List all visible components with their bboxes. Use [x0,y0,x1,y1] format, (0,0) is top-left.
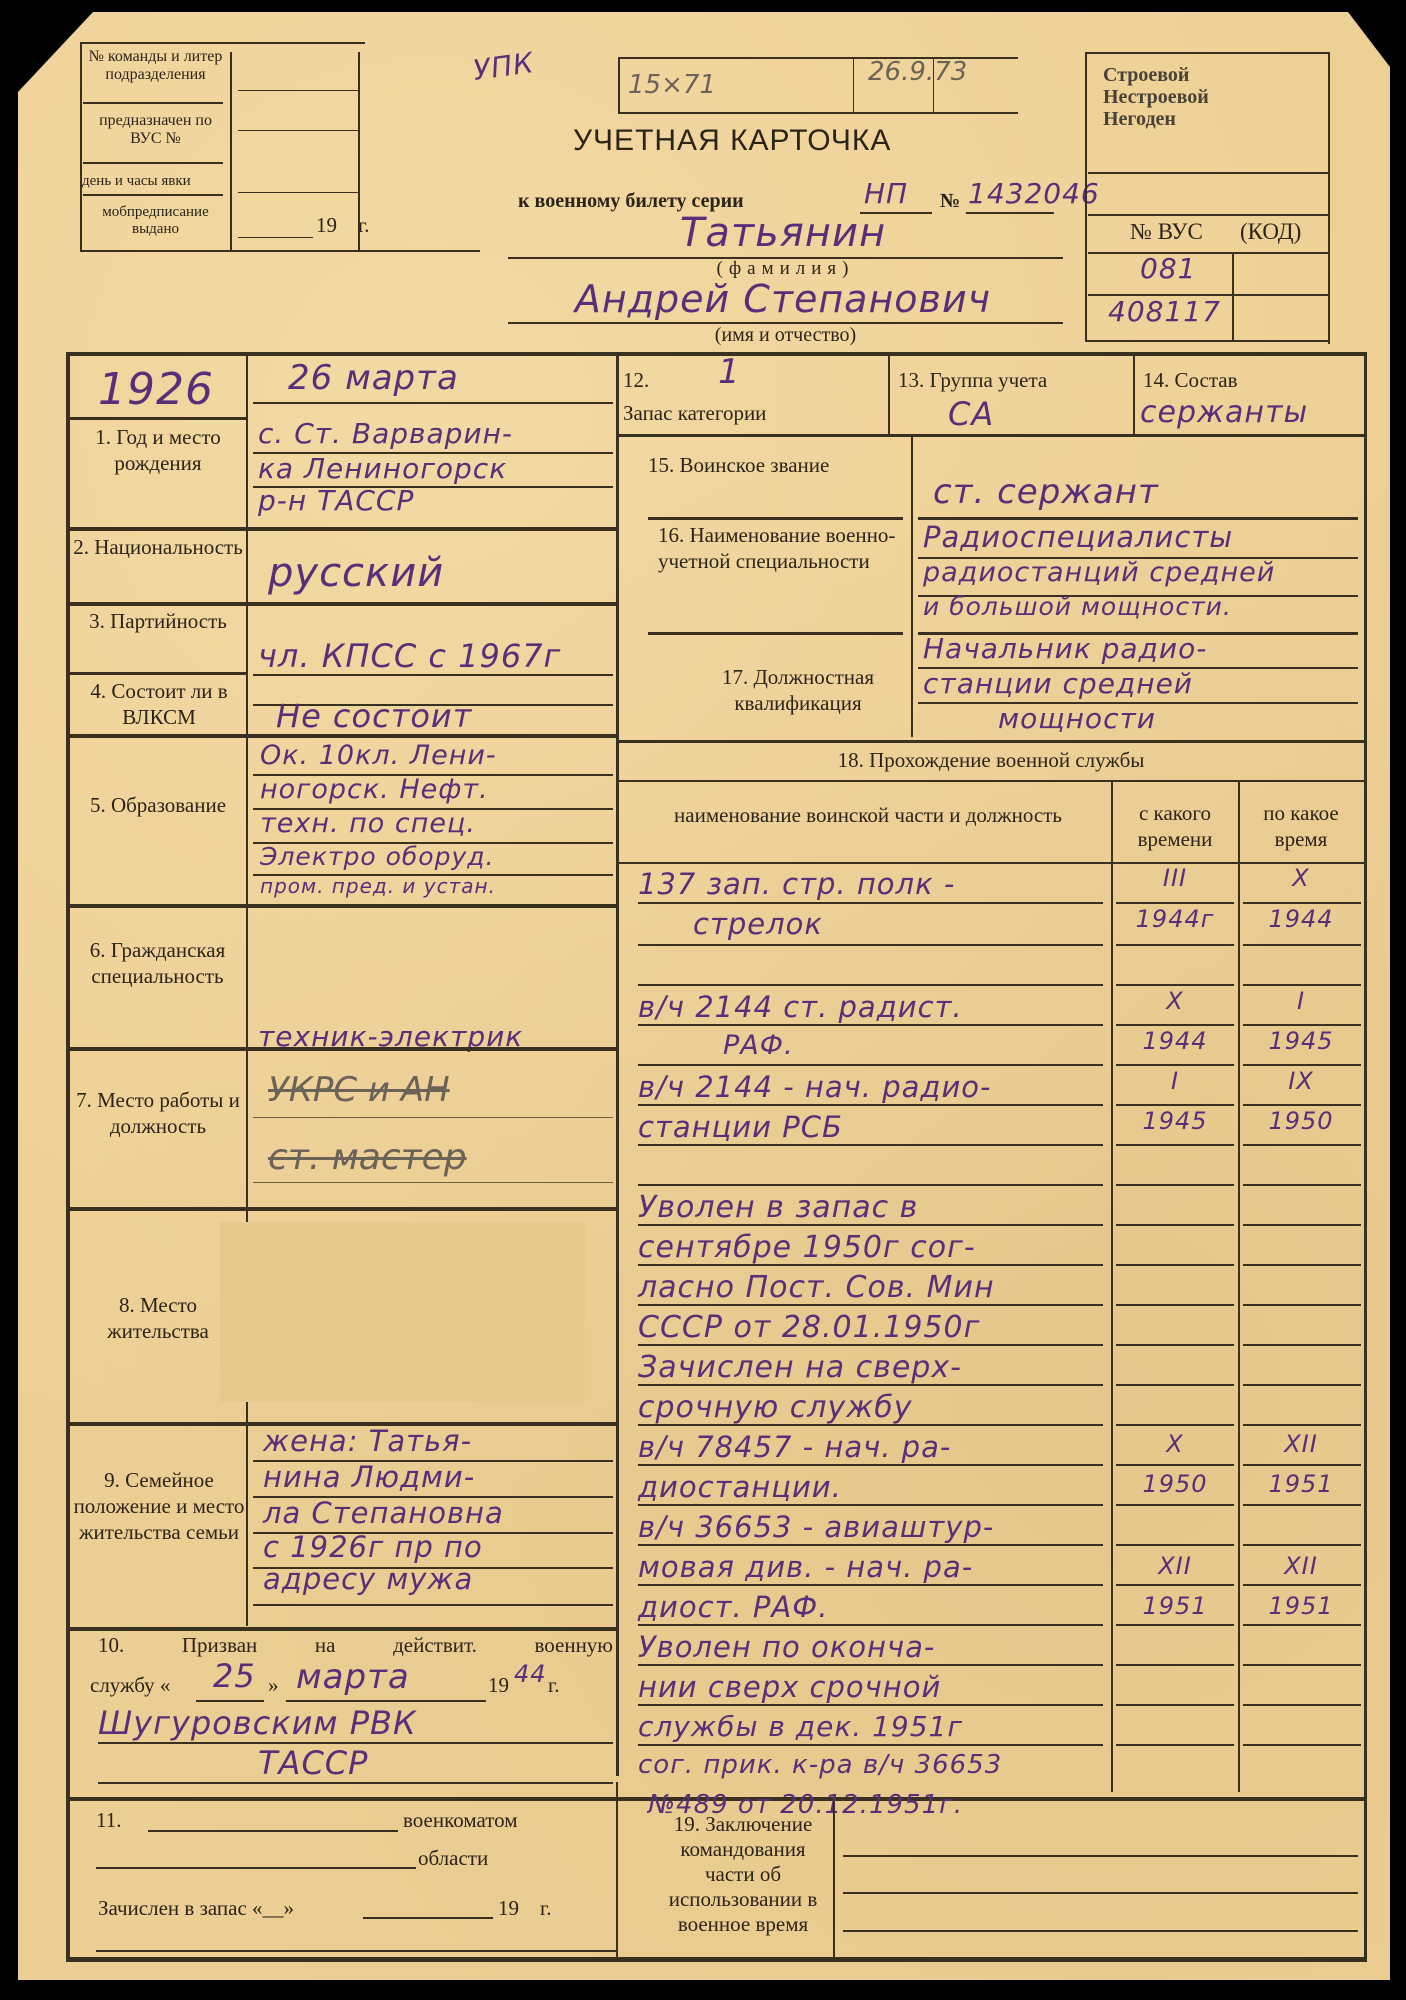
rule [1243,1304,1361,1306]
rule [1116,1424,1234,1426]
service-entry-5-to-year: 1951 [1240,1470,1362,1498]
rule [1116,1664,1234,1666]
service-entry-2-to-year: 1945 [1240,1027,1362,1055]
f8-label: 8. Место жительства [73,1292,243,1344]
service-entry-2-line1: в/ч 2144 ст. радист. [638,990,963,1024]
row-separator [70,672,246,675]
box-divider [1232,254,1234,342]
col-divider [246,356,248,1626]
service-entry-3-from-year: 1945 [1114,1107,1236,1135]
rule [1116,1304,1234,1306]
redacted-address [220,1222,585,1402]
label-report-time: день и часы явки [82,170,232,193]
rule [1243,1624,1361,1626]
rule [253,674,613,676]
rule [1116,1464,1234,1466]
rule [83,194,223,196]
f17-value-line1: Начальник радио- [923,632,1207,665]
service-entry-6-line2: мовая див. - нач. ра- [638,1550,973,1584]
f14-value: сержанты [1140,395,1308,430]
rule [1116,1624,1234,1626]
f1-label: 1. Год и место рождения [73,424,243,476]
service-entry-6-to-year: 1951 [1240,1592,1362,1620]
vus-value-1: 081 [1140,252,1196,285]
label-assigned-vus: предназначен по ВУС № [83,112,228,148]
rule [638,902,1103,904]
box-border [1085,52,1330,54]
row-separator [618,740,1364,743]
rule [70,417,246,420]
mob-order-year: 19 г. [316,212,370,238]
f4-label: 4. Состоит ли в ВЛКСМ [70,678,248,730]
f9-value-line4: с 1926г пр по [263,1530,483,1564]
col-divider [888,356,890,434]
rule [638,1344,1103,1346]
f7-label: 7. Место работы и должность [73,1087,243,1139]
f5-value-line4: Электро оборуд. [260,842,495,871]
rule [286,1700,486,1702]
f10-year-suffix: г. [548,1672,560,1698]
rule [1116,1264,1234,1266]
rule [648,517,903,520]
row-separator [70,527,616,531]
service-entry-3-from-month: I [1114,1067,1236,1095]
rule [1088,214,1328,216]
main-right-border [1364,352,1367,1962]
service-entry-4-line6: срочную службу [638,1390,912,1425]
service-entry-4-line4: СССР от 28.01.1950г [638,1310,980,1345]
rule [1243,1104,1361,1106]
f1-value-date: 26 марта [288,358,459,398]
rule [253,1604,613,1606]
name-patronymic-label: (имя и отчество) [508,324,1063,347]
rule [638,1024,1103,1026]
ticket-number: 1432046 [968,177,1100,210]
rule [253,1117,613,1118]
rule [1243,1424,1361,1426]
rule [638,1584,1103,1586]
f9-label: 9. Семейное положение и место жительства… [70,1467,248,1545]
f7-value-line1: УКРС и АН [268,1070,450,1110]
service-entry-1-line2: стрелок [693,907,823,941]
f13-label: 13. Группа учета [898,367,1047,393]
f16-label: 16. Наименование военно-учетной специаль… [658,522,898,574]
service-col-unit: наименование воинской части и должность [638,802,1098,828]
rule [1243,1704,1361,1706]
service-entry-4-line2: сентябре 1950г сог- [638,1230,976,1265]
rule [1116,902,1234,904]
rule [238,130,358,131]
fitness-option-line: Строевой [1103,64,1189,86]
f19-label: 19. Заключение командования части об исп… [658,1812,828,1937]
f12-value: 1 [718,352,741,392]
f14-label: 14. Состав [1143,367,1238,393]
box-note-2: 26.9.73 [868,57,967,87]
rule [1116,944,1234,946]
rule [1116,1064,1234,1066]
rule [638,1624,1103,1626]
rule [638,1704,1103,1706]
service-entry-1-line1: 137 зап. стр. полк - [638,867,955,901]
box-note-1: 15×71 [628,70,716,100]
rule [1116,1344,1234,1346]
registration-card: № команды и литер подразделения предназн… [18,12,1390,1980]
f11-reserve-label: Зачислен в запас «__» [98,1895,294,1921]
service-entry-5-line1: в/ч 78457 - нач. ра- [638,1430,951,1464]
service-entry-7-line2: нии сверх срочной [638,1670,941,1704]
rule [1116,1184,1234,1186]
corner-mark: УПК [471,46,536,87]
rule [1088,252,1328,254]
rule [238,192,358,193]
main-top-border [66,352,1366,356]
service-entry-1-from-year: 1944г [1114,905,1236,933]
rule [638,1144,1103,1146]
rule [1243,1584,1361,1586]
rule [638,1544,1103,1546]
service-entry-6-to-month: XII [1240,1552,1362,1580]
row-separator [70,1207,616,1211]
rule [253,1182,613,1183]
rule [363,1917,493,1919]
row-separator [70,904,616,908]
rule [638,1064,1103,1066]
f5-value-line5: пром. пред. и устан. [260,874,496,898]
service-entry-1-to-month: X [1240,864,1362,892]
rule [98,1782,613,1784]
fitness-option-unfit: Негоден [1103,108,1176,130]
rule [1116,1544,1234,1546]
ticket-series: НП [864,177,908,210]
service-entry-3-line1: в/ч 2144 - нач. радио- [638,1070,992,1104]
box-border [1328,52,1330,344]
f10-value-line2: ТАССР [258,1744,368,1782]
rule [1116,1144,1234,1146]
vus-label: № ВУС [1130,219,1203,245]
rule [1116,1104,1234,1106]
f16-value-line2: радиостанций средней [923,557,1275,588]
f10-label: 10. Призван на действит. военную [98,1632,613,1658]
f10-year-prefix: 19 [488,1672,509,1698]
box-border [80,42,82,252]
service-col-from: с какого времени [1114,800,1236,852]
rule [638,1184,1103,1186]
rule [1116,1224,1234,1226]
f1-value-line4: р-н ТАССР [258,484,414,517]
service-entry-1-to-year: 1944 [1240,905,1362,933]
service-entry-4-line3: ласно Пост. Сов. Мин [638,1270,995,1305]
f16-value-line1: Радиоспециалисты [923,520,1233,554]
rule [638,1224,1103,1226]
rule [1243,1264,1361,1266]
service-entry-2-to-month: I [1240,987,1362,1015]
f11-oblast: области [418,1845,488,1871]
f2-value: русский [268,550,444,596]
stamp-box-border [618,112,1018,114]
rule [1243,1224,1361,1226]
box-border [80,42,365,44]
f13-value: СА [948,395,994,433]
f9-value-line2: нина Людми- [263,1460,475,1494]
rule [1088,172,1328,174]
rule [1116,1704,1234,1706]
rule [1116,984,1234,986]
f3-label: 3. Партийность [73,608,243,634]
service-entry-1-from-month: III [1114,864,1236,892]
stamp-box-divider [853,57,854,114]
code-label: (КОД) [1240,219,1301,245]
label-command-number: № команды и литер подразделения [83,48,228,84]
f17-value-line3: мощности [998,702,1156,735]
rule [843,1855,1358,1857]
rule [638,1264,1103,1266]
service-entry-3-to-year: 1950 [1240,1107,1362,1135]
rule [638,1104,1103,1106]
rule [1243,1184,1361,1186]
rule [1116,1384,1234,1386]
birth-year: 1926 [98,364,214,415]
f5-label: 5. Образование [73,792,243,818]
f10-day: 25 [213,1657,256,1695]
rule [648,632,903,635]
service-entry-7-line4: сог. прик. к-ра в/ч 36653 [638,1750,1002,1780]
stamp-box-border [618,57,620,114]
rule [638,1744,1103,1746]
page-title: УЧЕТНАЯ КАРТОЧКА [573,124,891,158]
rule [1243,984,1361,986]
rule [1116,1024,1234,1026]
label-mob-order: мобпредписание выдано [83,204,228,238]
service-entry-7-line3: службы в дек. 1951г [638,1710,963,1743]
rule [1243,1144,1361,1146]
service-entry-5-line2: диостанции. [638,1470,842,1504]
rule [638,1424,1103,1426]
f5-value-line3: техн. по спец. [260,808,476,839]
f9-value-line5: адресу мужа [263,1562,473,1596]
f10-year: 44 [514,1660,547,1688]
f5-value-line2: ногорск. Нефт. [260,774,489,805]
rule [638,1304,1103,1306]
f9-value-line3: ла Степановна [263,1496,504,1530]
rule [1243,1464,1361,1466]
f11-voenkomat: военкоматом [403,1807,518,1833]
col-divider [1238,782,1240,1792]
f9-value-line1: жена: Татья- [263,1424,472,1458]
service-entry-2-line2: РАФ. [723,1030,794,1061]
f12-label-num: 12. [623,367,649,393]
box-border [1085,52,1087,342]
box-border [80,250,480,252]
rule [1116,1744,1234,1746]
box-border [1085,340,1330,342]
col-divider [616,356,619,1776]
box-divider [230,52,232,252]
row-separator [618,780,1364,782]
service-entry-6-from-year: 1951 [1114,1592,1236,1620]
col-divider [833,1801,835,1957]
f10-value-line1: Шугуровским РВК [98,1704,417,1742]
rule [1116,1504,1234,1506]
f16-value-line3: и большой мощности. [923,592,1232,621]
rule [1243,1024,1361,1026]
surname: Татьянин [508,210,1058,256]
vus-value-2: 408117 [1108,295,1221,328]
rule [238,237,313,238]
rule [96,1950,616,1952]
f10-service-label: службу « [90,1672,170,1698]
rule [843,1892,1358,1894]
service-col-to: по какое время [1240,800,1362,852]
rule [96,1867,416,1869]
rule [1243,1664,1361,1666]
service-entry-2-from-month: X [1114,987,1236,1015]
service-entry-6-line1: в/ч 36653 - авиаштур- [638,1510,994,1544]
f2-label: 2. Национальность [73,534,243,560]
f1-value-line3: ка Лениногорск [258,452,507,485]
f11-year: 19 г. [498,1895,552,1921]
service-entry-4-line1: Уволен в запас в [638,1190,918,1225]
f5-value-line1: Ок. 10кл. Лени- [260,740,497,771]
main-left-border [66,352,70,1962]
rule [1243,944,1361,946]
service-entry-5-to-month: XII [1240,1430,1362,1458]
rule [1243,1344,1361,1346]
rule [238,90,358,91]
rule [638,1504,1103,1506]
fitness-option-nonline: Нестроевой [1103,86,1209,108]
rule [1243,1744,1361,1746]
row-separator [618,434,1364,437]
f7-value-line2: ст. мастер [268,1137,467,1178]
f10-quote-close: » [268,1672,279,1698]
rule [638,1664,1103,1666]
rule [83,162,223,164]
rule [1243,1384,1361,1386]
service-entry-6-from-month: XII [1114,1552,1236,1580]
service-entry-2-from-year: 1944 [1114,1027,1236,1055]
name-patronymic: Андрей Степанович [498,277,1068,321]
service-entry-5-from-year: 1950 [1114,1470,1236,1498]
f6-label: 6. Гражданская специальность [70,937,245,989]
col-divider [616,1782,618,1957]
col-divider [1133,356,1135,434]
col-divider [1111,782,1113,1792]
rule [83,102,223,104]
f1-value-line2: с. Ст. Варварин- [258,417,513,450]
row-separator [70,1627,616,1631]
f10-month: марта [296,1657,410,1697]
service-title: 18. Прохождение военной службы [618,747,1364,773]
service-entry-5-from-month: X [1114,1430,1236,1458]
service-entry-7-line1: Уволен по оконча- [638,1630,935,1664]
main-bottom-border [66,1957,1366,1962]
rule [1243,1544,1361,1546]
f17-label: 17. Должностная квалификация [678,664,918,716]
rule [1243,1064,1361,1066]
rule [196,1700,264,1702]
service-entry-4-line5: Зачислен на сверх- [638,1350,962,1385]
f4-value: Не состоит [276,697,472,735]
row-separator [70,602,616,606]
rule [843,1930,1358,1932]
rule [638,944,1103,946]
f15-value: ст. сержант [933,472,1159,512]
row-separator [70,734,616,738]
f12-label: Запас категории [623,400,766,426]
f11-label: 11. [96,1807,121,1833]
rule [638,1464,1103,1466]
rule [1116,1584,1234,1586]
service-entry-6-line3: диост. РАФ. [638,1590,828,1624]
f15-label: 15. Воинское звание [648,452,898,478]
service-entry-3-to-month: IX [1240,1067,1362,1095]
row-separator [70,1047,616,1051]
rule [638,984,1103,986]
f17-value-line2: станции средней [923,667,1193,700]
rule [253,402,613,404]
f3-value: чл. КПСС с 1967г [258,637,561,675]
rule [638,1384,1103,1386]
rule [1243,902,1361,904]
rule [1243,1504,1361,1506]
rule [148,1830,398,1832]
service-entry-3-line2: станции РСБ [638,1110,843,1144]
